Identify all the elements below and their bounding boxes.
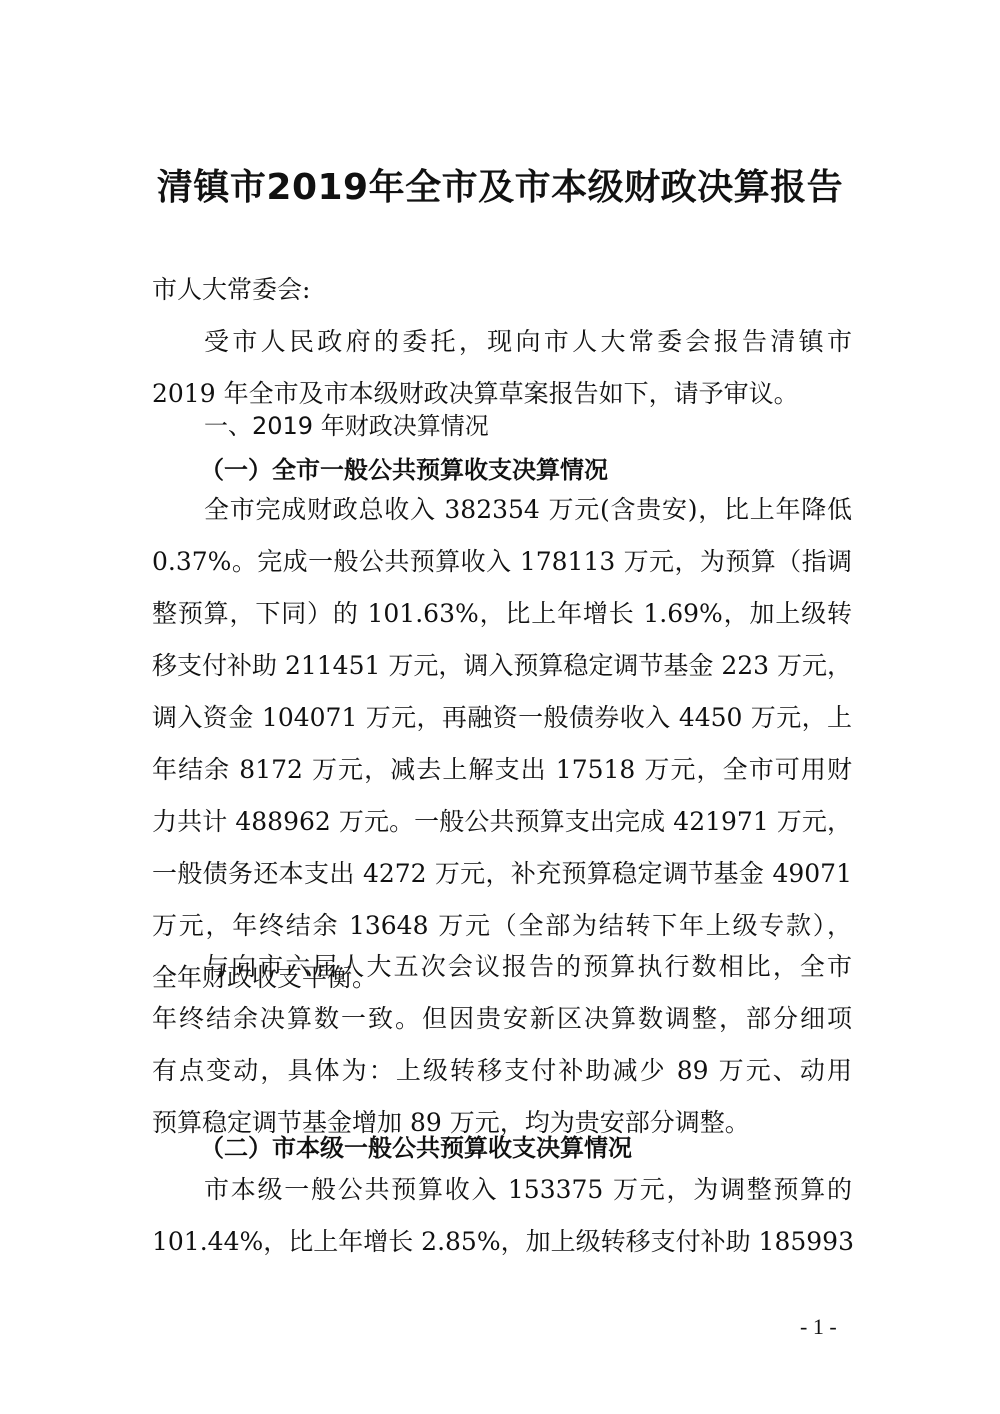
subsection-heading-1: （一）全市一般公共预算收支决算情况	[200, 450, 608, 490]
paragraph-line: 市本级一般公共预算收入 153375 万元，为调整预算的	[204, 1170, 852, 1210]
paragraph-line: 移支付补助 211451 万元，调入预算稳定调节基金 223 万元，	[152, 646, 852, 686]
document-title: 清镇市2019年全市及市本级财政决算报告	[0, 163, 1000, 213]
paragraph-line: 全市完成财政总收入 382354 万元(含贵安)，比上年降低	[204, 490, 852, 530]
paragraph-line: 力共计 488962 万元。一般公共预算支出完成 421971 万元，	[152, 802, 852, 842]
paragraph-line: 调入资金 104071 万元，再融资一般债券收入 4450 万元，上	[152, 698, 852, 738]
paragraph-line: 0.37%。完成一般公共预算收入 178113 万元，为预算（指调	[152, 542, 852, 582]
salutation: 市人大常委会:	[152, 270, 852, 310]
paragraph-line: 有点变动，具体为：上级转移支付补助减少 89 万元、动用	[152, 1051, 852, 1091]
paragraph-line: 万元，年终结余 13648 万元（全部为结转下年上级专款），	[152, 906, 852, 946]
paragraph-line: 整预算，下同）的 101.63%，比上年增长 1.69%，加上级转	[152, 594, 852, 634]
document-page: 清镇市2019年全市及市本级财政决算报告 市人大常委会: 受市人民政府的委托，现…	[0, 0, 1000, 1414]
paragraph-line: 与向市六届人大五次会议报告的预算执行数相比，全市	[204, 947, 852, 987]
paragraph-line: 年终结余决算数一致。但因贵安新区决算数调整，部分细项	[152, 999, 852, 1039]
paragraph-line: 年结余 8172 万元，减去上解支出 17518 万元，全市可用财	[152, 750, 852, 790]
paragraph-line: 101.44%，比上年增长 2.85%，加上级转移支付补助 185993	[152, 1222, 852, 1262]
section-heading-1: 一、2019 年财政决算情况	[204, 406, 489, 446]
paragraph-line: 一般债务还本支出 4272 万元，补充预算稳定调节基金 49071	[152, 854, 852, 894]
subsection-heading-2: （二）市本级一般公共预算收支决算情况	[200, 1128, 632, 1168]
page-number: - 1 -	[800, 1312, 837, 1342]
intro-line-1: 受市人民政府的委托，现向市人大常委会报告清镇市	[204, 322, 852, 362]
